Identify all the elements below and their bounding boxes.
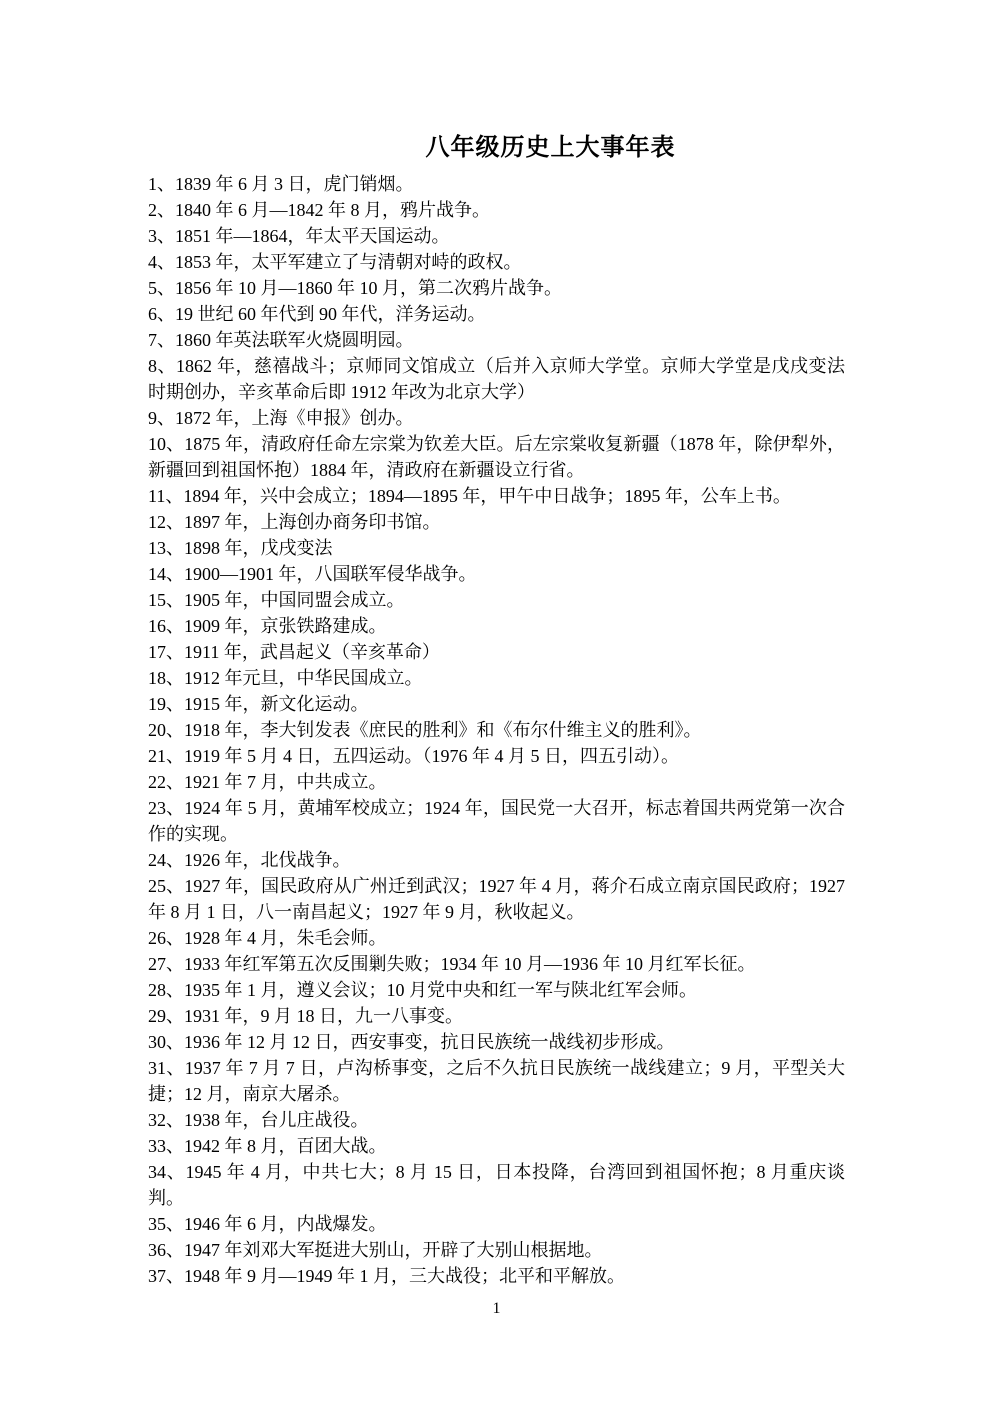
timeline-item: 28、1935 年 1 月，遵义会议；10 月党中央和红一军与陕北红军会师。 (148, 977, 845, 1003)
timeline-list: 1、1839 年 6 月 3 日，虎门销烟。2、1840 年 6 月—1842 … (148, 171, 845, 1289)
timeline-item: 30、1936 年 12 月 12 日，西安事变，抗日民族统一战线初步形成。 (148, 1029, 845, 1055)
timeline-item: 1、1839 年 6 月 3 日，虎门销烟。 (148, 171, 845, 197)
timeline-item: 23、1924 年 5 月，黄埔军校成立；1924 年，国民党一大召开，标志着国… (148, 795, 845, 847)
timeline-item: 33、1942 年 8 月，百团大战。 (148, 1133, 845, 1159)
timeline-item: 17、1911 年，武昌起义（辛亥革命） (148, 639, 845, 665)
timeline-item: 26、1928 年 4 月，朱毛会师。 (148, 925, 845, 951)
timeline-item: 36、1947 年刘邓大军挺进大别山，开辟了大别山根据地。 (148, 1237, 845, 1263)
timeline-item: 32、1938 年，台儿庄战役。 (148, 1107, 845, 1133)
page-title: 八年级历史上大事年表 (108, 132, 993, 164)
timeline-item: 29、1931 年，9 月 18 日，九一八事变。 (148, 1003, 845, 1029)
timeline-item: 5、1856 年 10 月—1860 年 10 月，第二次鸦片战争。 (148, 275, 845, 301)
timeline-item: 16、1909 年，京张铁路建成。 (148, 613, 845, 639)
timeline-item: 31、1937 年 7 月 7 日，卢沟桥事变，之后不久抗日民族统一战线建立；9… (148, 1055, 845, 1107)
timeline-item: 35、1946 年 6 月，内战爆发。 (148, 1211, 845, 1237)
timeline-item: 13、1898 年，戊戌变法 (148, 535, 845, 561)
timeline-item: 22、1921 年 7 月，中共成立。 (148, 769, 845, 795)
timeline-item: 34、1945 年 4 月，中共七大；8 月 15 日，日本投降，台湾回到祖国怀… (148, 1159, 845, 1211)
timeline-item: 3、1851 年—1864，年太平天国运动。 (148, 223, 845, 249)
timeline-item: 19、1915 年，新文化运动。 (148, 691, 845, 717)
timeline-item: 18、1912 年元旦，中华民国成立。 (148, 665, 845, 691)
timeline-item: 7、1860 年英法联军火烧圆明园。 (148, 327, 845, 353)
timeline-item: 20、1918 年，李大钊发表《庶民的胜利》和《布尔什维主义的胜利》。 (148, 717, 845, 743)
timeline-item: 6、19 世纪 60 年代到 90 年代，洋务运动。 (148, 301, 845, 327)
timeline-item: 21、1919 年 5 月 4 日，五四运动。（1976 年 4 月 5 日，四… (148, 743, 845, 769)
timeline-item: 27、1933 年红军第五次反围剿失败；1934 年 10 月—1936 年 1… (148, 951, 845, 977)
timeline-item: 8、1862 年，慈禧战斗；京师同文馆成立（后并入京师大学堂。京师大学堂是戊戌变… (148, 353, 845, 405)
timeline-item: 24、1926 年，北伐战争。 (148, 847, 845, 873)
page-number: 1 (0, 1300, 993, 1318)
timeline-item: 15、1905 年，中国同盟会成立。 (148, 587, 845, 613)
timeline-item: 4、1853 年，太平军建立了与清朝对峙的政权。 (148, 249, 845, 275)
timeline-item: 11、1894 年，兴中会成立；1894—1895 年，甲午中日战争；1895 … (148, 483, 845, 509)
timeline-item: 14、1900—1901 年，八国联军侵华战争。 (148, 561, 845, 587)
document-page: 八年级历史上大事年表 1、1839 年 6 月 3 日，虎门销烟。2、1840 … (0, 0, 993, 1404)
timeline-item: 25、1927 年，国民政府从广州迁到武汉；1927 年 4 月，蒋介石成立南京… (148, 873, 845, 925)
timeline-item: 37、1948 年 9 月—1949 年 1 月，三大战役；北平和平解放。 (148, 1263, 845, 1289)
timeline-item: 2、1840 年 6 月—1842 年 8 月，鸦片战争。 (148, 197, 845, 223)
timeline-item: 9、1872 年，上海《申报》创办。 (148, 405, 845, 431)
timeline-item: 12、1897 年，上海创办商务印书馆。 (148, 509, 845, 535)
timeline-item: 10、1875 年，清政府任命左宗棠为钦差大臣。后左宗棠收复新疆（1878 年，… (148, 431, 845, 483)
